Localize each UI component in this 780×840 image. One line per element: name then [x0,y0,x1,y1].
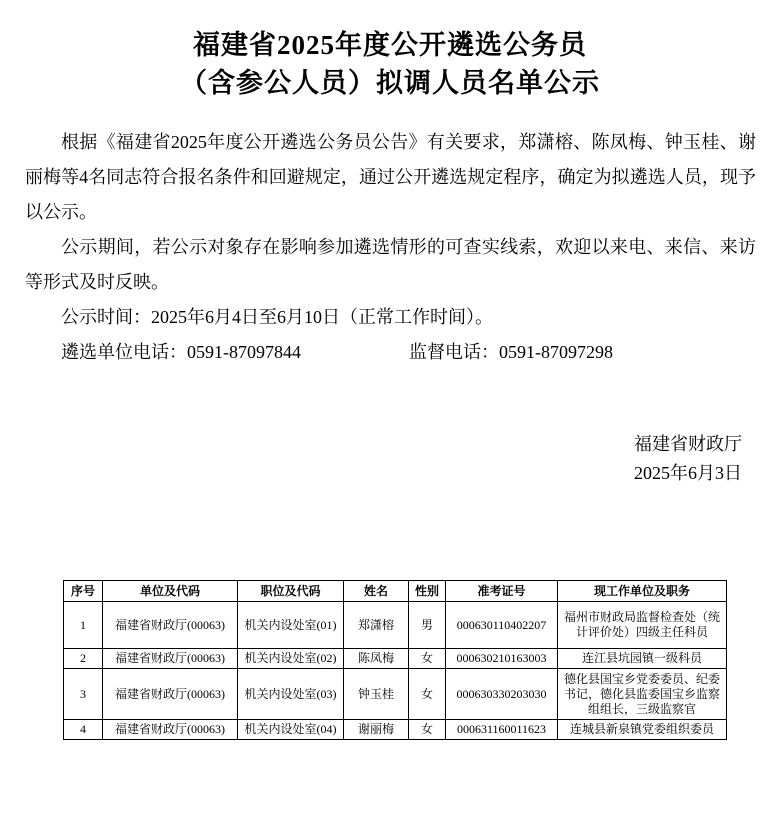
cell-exam-id: 000630110402207 [446,602,558,649]
cell-serial-number: 3 [64,669,103,720]
cell-serial-number: 2 [64,649,103,669]
header-name: 姓名 [344,581,409,602]
cell-gender: 女 [409,720,446,740]
cell-unit-code: 福建省财政厅(00063) [103,649,238,669]
table-row: 4 福建省财政厅(00063) 机关内设处室(04) 谢丽梅 女 0006311… [64,720,727,740]
signature-block: 福建省财政厅 2025年6月3日 [634,430,742,488]
header-exam-id: 准考证号 [446,581,558,602]
cell-unit-code: 福建省财政厅(00063) [103,669,238,720]
document-body: 根据《福建省2025年度公开遴选公务员公告》有关要求，郑潇榕、陈凤梅、钟玉桂、谢… [25,125,756,370]
cell-exam-id: 000631160011623 [446,720,558,740]
paragraph-publicity-period: 公示时间：2025年6月4日至6月10日（正常工作时间）。 [25,300,756,335]
header-serial-number: 序号 [64,581,103,602]
cell-name: 陈凤梅 [344,649,409,669]
selection-unit-phone: 遴选单位电话：0591-87097844 [61,342,301,362]
cell-serial-number: 4 [64,720,103,740]
cell-name: 谢丽梅 [344,720,409,740]
candidate-roster-table: 序号 单位及代码 职位及代码 姓名 性别 准考证号 现工作单位及职务 1 福建省… [63,580,727,740]
cell-current-position: 连城县新泉镇党委组织委员 [558,720,727,740]
cell-unit-code: 福建省财政厅(00063) [103,720,238,740]
table-header-row: 序号 单位及代码 职位及代码 姓名 性别 准考证号 现工作单位及职务 [64,581,727,602]
cell-name: 钟玉桂 [344,669,409,720]
document-title: 福建省2025年度公开遴选公务员 （含参公人员）拟调人员名单公示 [0,26,780,102]
table-row: 2 福建省财政厅(00063) 机关内设处室(02) 陈凤梅 女 0006302… [64,649,727,669]
cell-name: 郑潇榕 [344,602,409,649]
cell-current-position: 德化县国宝乡党委委员、纪委书记，德化县监委国宝乡监察组组长，三级监察官 [558,669,727,720]
cell-position-code: 机关内设处室(03) [238,669,344,720]
table-row: 3 福建省财政厅(00063) 机关内设处室(03) 钟玉桂 女 0006303… [64,669,727,720]
cell-exam-id: 000630330203030 [446,669,558,720]
signature-date: 2025年6月3日 [634,459,742,488]
cell-exam-id: 000630210163003 [446,649,558,669]
cell-current-position: 福州市财政局监督检查处（统计评价处）四级主任科员 [558,602,727,649]
document-title-line1: 福建省2025年度公开遴选公务员 [0,26,780,64]
paragraph-basis: 根据《福建省2025年度公开遴选公务员公告》有关要求，郑潇榕、陈凤梅、钟玉桂、谢… [25,125,756,230]
notice-page: 福建省2025年度公开遴选公务员 （含参公人员）拟调人员名单公示 根据《福建省2… [0,0,780,840]
cell-gender: 女 [409,669,446,720]
cell-unit-code: 福建省财政厅(00063) [103,602,238,649]
cell-current-position: 连江县坑园镇一级科员 [558,649,727,669]
paragraph-feedback: 公示期间，若公示对象存在影响参加遴选情形的可查实线索，欢迎以来电、来信、来访等形… [25,230,756,300]
cell-gender: 女 [409,649,446,669]
supervision-phone: 监督电话：0591-87097298 [409,342,613,362]
cell-serial-number: 1 [64,602,103,649]
cell-position-code: 机关内设处室(01) [238,602,344,649]
cell-position-code: 机关内设处室(04) [238,720,344,740]
table-row: 1 福建省财政厅(00063) 机关内设处室(01) 郑潇榕 男 0006301… [64,602,727,649]
document-title-line2: （含参公人员）拟调人员名单公示 [0,64,780,102]
cell-position-code: 机关内设处室(02) [238,649,344,669]
phone-line: 遴选单位电话：0591-87097844监督电话：0591-87097298 [25,335,756,370]
cell-gender: 男 [409,602,446,649]
signature-organization: 福建省财政厅 [634,430,742,459]
header-current-position: 现工作单位及职务 [558,581,727,602]
header-position-code: 职位及代码 [238,581,344,602]
header-unit-code: 单位及代码 [103,581,238,602]
header-gender: 性别 [409,581,446,602]
